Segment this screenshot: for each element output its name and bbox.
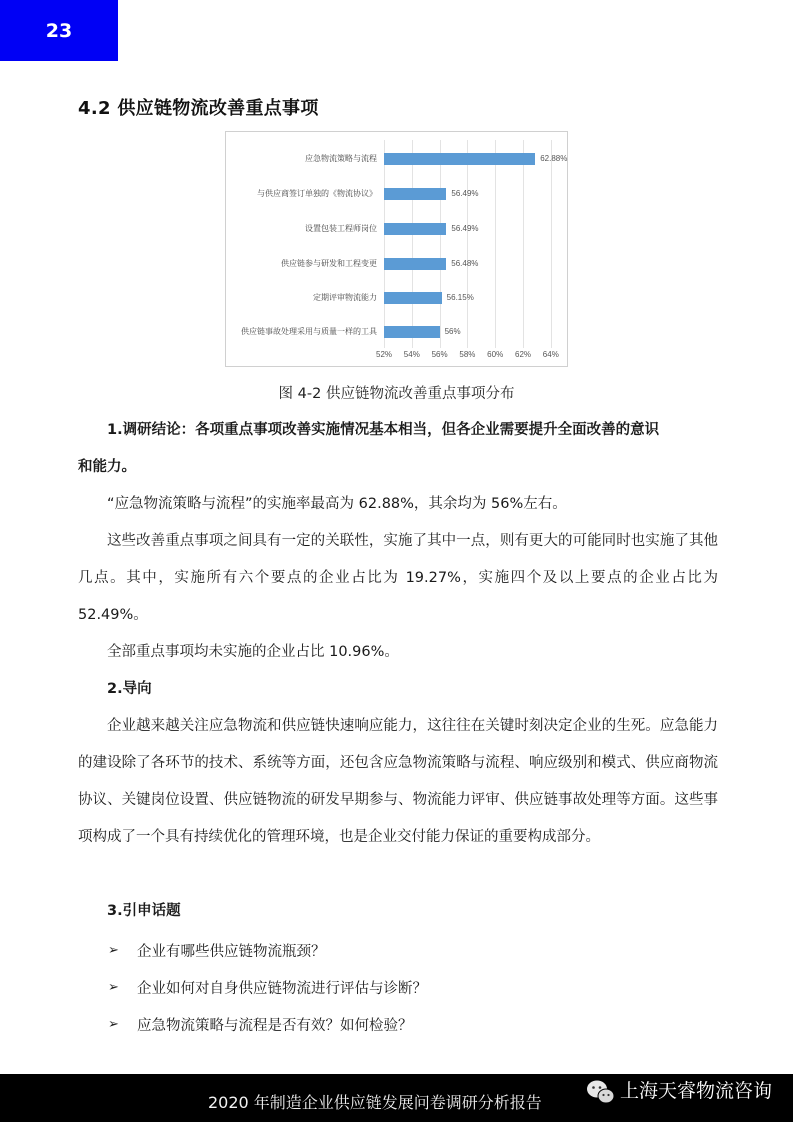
arrow-bullet-icon: ➢ <box>108 943 137 958</box>
paragraph-highest-rate: “应急物流策略与流程”的实施率最高为 62.88%，其余均为 56%左右。 <box>78 486 718 523</box>
chart-bar-row: 供应链事故处理采用与质量一样的工具56% <box>226 325 567 339</box>
bar <box>384 326 440 338</box>
topic-item: ➢ 企业如何对自身供应链物流进行评估与诊断？ <box>108 977 427 998</box>
bar-value-label: 56.15% <box>447 291 474 305</box>
figure-caption: 图 4-2 供应链物流改善重点事项分布 <box>0 382 793 403</box>
topic-text: 应急物流策略与流程是否有效？如何检验？ <box>137 1014 413 1035</box>
grid-line <box>551 140 552 348</box>
conclusion-heading-line2: 和能力。 <box>49 449 136 486</box>
paragraph-none-implemented: 全部重点事项均未实施的企业占比 10.96%。 <box>78 634 718 671</box>
arrow-bullet-icon: ➢ <box>108 1017 137 1032</box>
bar-value-label: 56.49% <box>451 187 478 201</box>
paragraph-direction: 企业越来越关注应急物流和供应链快速响应能力，这往往在关键时刻决定企业的生死。应急… <box>78 708 718 856</box>
conclusion-heading-line1: 1.调研结论：各项重点事项改善实施情况基本相当，但各企业需要提升全面改善的意识 <box>107 422 659 438</box>
page-number-badge: 23 <box>0 0 118 61</box>
x-tick-label: 60% <box>487 350 503 359</box>
bar-value-label: 56.49% <box>451 222 478 236</box>
chart-bar-row: 定期评审物流能力56.15% <box>226 291 567 305</box>
page-number: 23 <box>46 20 72 42</box>
grid-line <box>440 140 441 348</box>
grid-line <box>495 140 496 348</box>
bar-category-label: 设置包装工程师岗位 <box>305 222 377 236</box>
x-tick-label: 54% <box>404 350 420 359</box>
bar-chart: 52%54%56%58%60%62%64%应急物流策略与流程62.88%与供应商… <box>225 131 568 367</box>
section-title: 4.2 供应链物流改善重点事项 <box>78 94 319 120</box>
bar-category-label: 供应链参与研发和工程变更 <box>281 257 377 271</box>
chart-bar-row: 与供应商签订单独的《物流协议》56.49% <box>226 187 567 201</box>
topic-text: 企业如何对自身供应链物流进行评估与诊断？ <box>137 977 427 998</box>
topic-text: 企业有哪些供应链物流瓶颈？ <box>137 940 326 961</box>
bar-value-label: 62.88% <box>540 152 567 166</box>
x-tick-label: 58% <box>459 350 475 359</box>
wechat-icon <box>584 1078 618 1106</box>
paragraph-correlation: 这些改善重点事项之间具有一定的关联性，实施了其中一点，则有更大的可能同时也实施了… <box>78 523 718 634</box>
grid-line <box>523 140 524 348</box>
footer-bar: 2020 年制造企业供应链发展问卷调研分析报告 上海天睿物流咨询 <box>0 1074 793 1122</box>
x-tick-label: 56% <box>432 350 448 359</box>
grid-line <box>467 140 468 348</box>
direction-heading: 2.导向 <box>78 671 718 708</box>
grid-line <box>384 140 385 348</box>
bar <box>384 223 446 235</box>
bar-value-label: 56% <box>445 325 461 339</box>
arrow-bullet-icon: ➢ <box>108 980 137 995</box>
bar-category-label: 应急物流策略与流程 <box>305 152 377 166</box>
bar <box>384 188 446 200</box>
report-title: 2020 年制造企业供应链发展问卷调研分析报告 <box>208 1090 542 1113</box>
brand-name: 上海天睿物流咨询 <box>620 1076 772 1103</box>
bar <box>384 258 446 270</box>
chart-bar-row: 应急物流策略与流程62.88% <box>226 152 567 166</box>
chart-bar-row: 供应链参与研发和工程变更56.48% <box>226 257 567 271</box>
grid-line <box>412 140 413 348</box>
topics-heading: 3.引申话题 <box>78 893 718 930</box>
topic-item: ➢ 应急物流策略与流程是否有效？如何检验？ <box>108 1014 413 1035</box>
x-tick-label: 64% <box>543 350 559 359</box>
bar-category-label: 与供应商签订单独的《物流协议》 <box>257 187 377 201</box>
bar <box>384 292 442 304</box>
conclusion-heading: 1.调研结论：各项重点事项改善实施情况基本相当，但各企业需要提升全面改善的意识 … <box>78 412 718 486</box>
chart-bar-row: 设置包装工程师岗位56.49% <box>226 222 567 236</box>
bar-category-label: 供应链事故处理采用与质量一样的工具 <box>241 325 377 339</box>
topic-item: ➢ 企业有哪些供应链物流瓶颈？ <box>108 940 326 961</box>
x-tick-label: 52% <box>376 350 392 359</box>
bar <box>384 153 535 165</box>
bar-value-label: 56.48% <box>451 257 478 271</box>
x-tick-label: 62% <box>515 350 531 359</box>
bar-category-label: 定期评审物流能力 <box>313 291 377 305</box>
